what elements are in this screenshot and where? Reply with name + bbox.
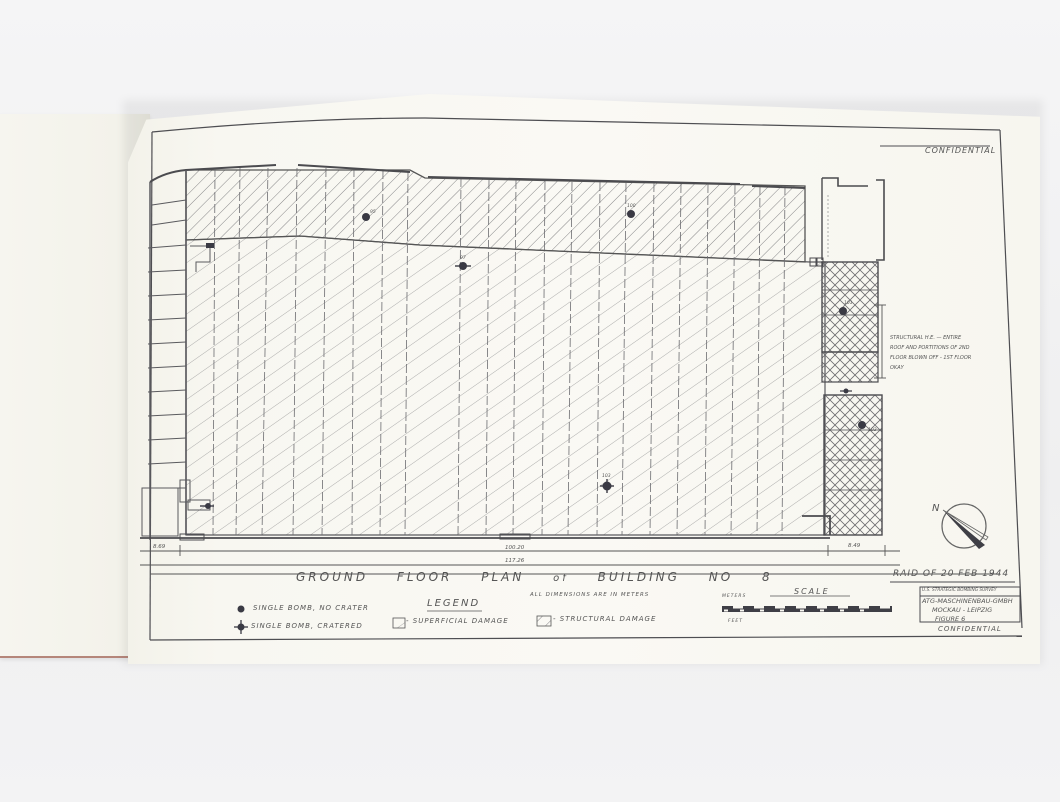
svg-text:95: 95	[370, 209, 376, 215]
title-block-agency: U.S. STRATEGIC BOMBING SURVEY	[922, 588, 997, 593]
legend-title: LEGEND	[427, 598, 480, 609]
scale-title: SCALE	[794, 587, 830, 596]
svg-text:101: 101	[844, 300, 853, 306]
dim-main-span: 100.20	[505, 545, 525, 551]
scale-meters-label: METERS	[722, 594, 746, 599]
legend-item-no-crater: SINGLE BOMB, NO CRATER	[253, 604, 369, 612]
dimensions-note: ALL DIMENSIONS ARE IN METERS	[530, 592, 649, 598]
svg-text:103: 103	[602, 473, 611, 479]
scale-bar	[722, 596, 892, 612]
compass-n-label: N	[932, 503, 940, 514]
legend-item-cratered: SINGLE BOMB, CRATERED	[251, 622, 363, 630]
dim-right-wing: 8.49	[848, 543, 861, 549]
svg-text:100: 100	[627, 203, 636, 209]
svg-text:97: 97	[460, 255, 466, 261]
raid-date: RAID OF 20 FEB 1944	[893, 569, 1009, 579]
compass-north-arrow: N	[932, 503, 988, 549]
legend-item-structural: - STRUCTURAL DAMAGE	[553, 615, 656, 623]
title-block-figure: FIGURE 6	[935, 615, 965, 623]
legend-item-superficial: - SUPERFICIAL DAMAGE	[406, 617, 509, 625]
damage-annotation: STRUCTURAL H.E. — ENTIRE ROOF AND PORTIT…	[890, 333, 971, 373]
dim-left-wing: 8.69	[153, 544, 166, 550]
floor-plan-drawing: 8.69 100.20 117.26 8.49 95 100 97 101 10…	[0, 0, 1060, 802]
scale-feet-label: FEET	[728, 619, 743, 624]
legend-cross-hatch-swatch	[537, 616, 551, 626]
superficial-damage-area	[186, 236, 825, 535]
dim-total-span: 117.26	[505, 558, 525, 564]
title-block-company: ATG-MASCHINENBAU-GMBH	[922, 597, 1013, 605]
bomb-hit-99	[840, 389, 852, 394]
page-title: GROUND FLOOR PLAN of BUILDING NO 8	[296, 570, 773, 584]
legend-single-hatch-swatch	[393, 618, 405, 628]
classification-bottom: CONFIDENTIAL	[938, 625, 1002, 633]
classification-top: CONFIDENTIAL	[925, 146, 996, 155]
legend-dot-icon	[238, 606, 245, 613]
svg-text:102: 102	[868, 427, 877, 433]
title-block-location: MOCKAU - LEIPZIG	[932, 606, 992, 614]
